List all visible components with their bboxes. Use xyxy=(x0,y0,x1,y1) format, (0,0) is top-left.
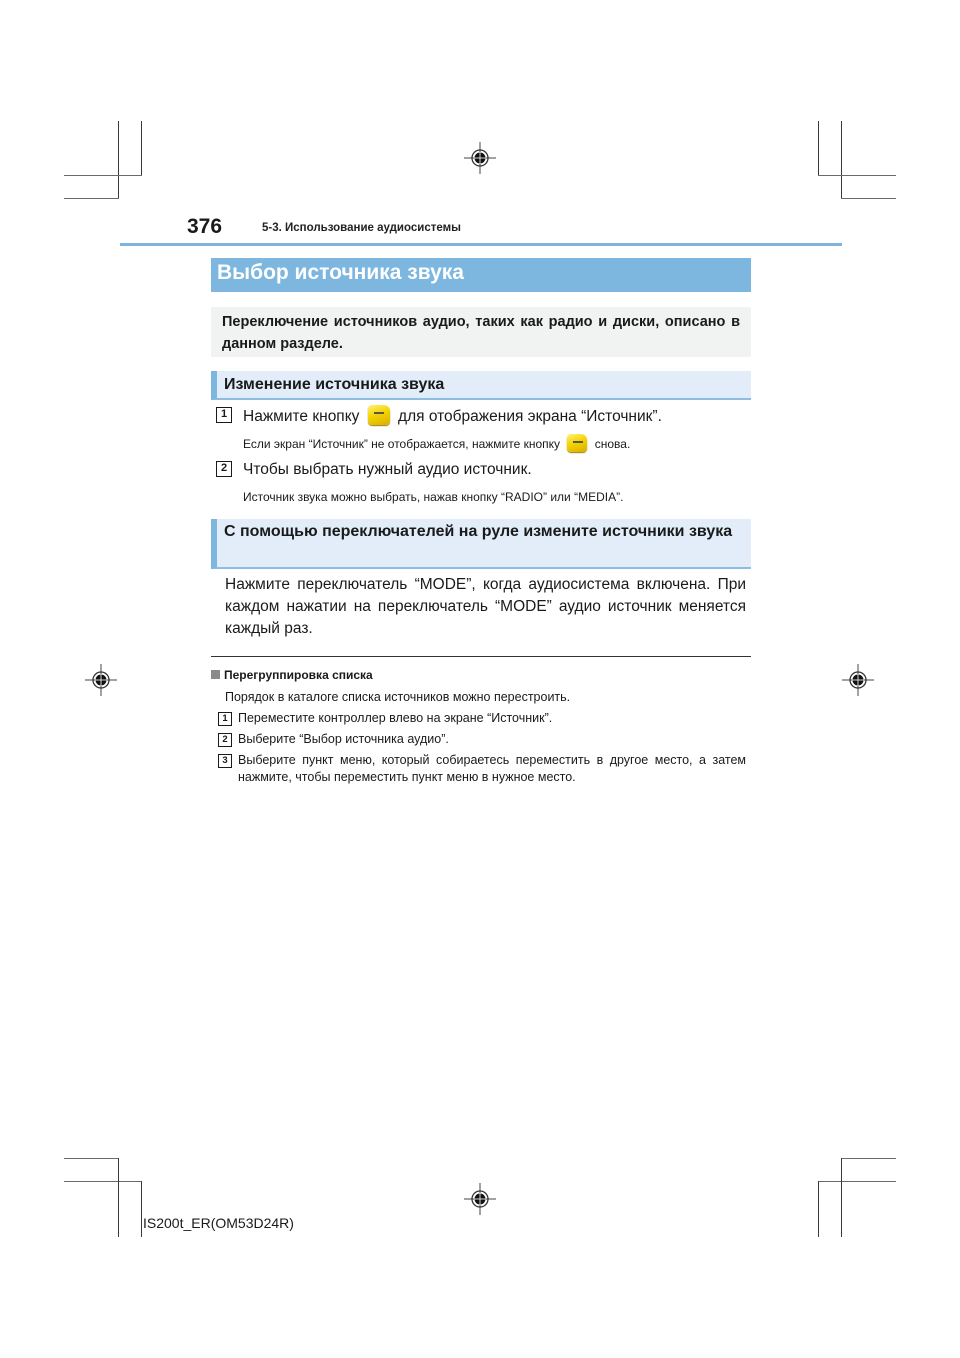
square-bullet-icon xyxy=(211,670,220,679)
crop-mark xyxy=(64,175,142,176)
step-note: Источник звука можно выбрать, нажав кноп… xyxy=(243,490,623,504)
crop-mark xyxy=(118,1158,119,1237)
crop-mark xyxy=(841,198,896,199)
registration-mark-icon xyxy=(463,141,497,175)
crop-mark xyxy=(818,1181,819,1237)
mode-switch-paragraph: Нажмите переключатель “MODE”, когда ауди… xyxy=(225,574,746,640)
registration-mark-icon xyxy=(84,663,118,697)
crop-mark xyxy=(818,175,896,176)
chapter-title: 5-3. Использование аудиосистемы xyxy=(262,222,461,234)
section-heading-steering-switches: С помощью переключателей на руле изменит… xyxy=(211,519,751,569)
step-text: Чтобы выбрать нужный аудио источник. xyxy=(243,461,532,479)
crop-mark xyxy=(118,121,119,199)
crop-mark xyxy=(64,1181,142,1182)
crop-mark xyxy=(841,121,842,199)
crop-mark xyxy=(141,1181,142,1237)
page-number: 376 xyxy=(187,215,222,239)
crop-mark xyxy=(64,1158,119,1159)
crop-mark xyxy=(818,121,819,175)
audio-button-icon xyxy=(368,405,390,425)
intro-box: Переключение источников аудио, таких как… xyxy=(211,307,751,357)
list-number: 3 xyxy=(218,754,232,768)
crop-mark xyxy=(64,198,119,199)
list-item: Переместите контроллер влево на экране “… xyxy=(238,710,552,727)
list-number: 1 xyxy=(218,712,232,726)
step-note: Если экран “Источник” не отображается, н… xyxy=(243,436,630,454)
list-item: Выберите пункт меню, который собираетесь… xyxy=(238,752,746,786)
crop-mark xyxy=(841,1158,842,1237)
step-text: Нажмите кнопку для отображения экрана “И… xyxy=(243,407,662,427)
audio-button-icon xyxy=(567,434,587,452)
model-code: IS200t_ER(OM53D24R) xyxy=(143,1215,294,1231)
divider xyxy=(211,656,751,657)
step-number: 1 xyxy=(216,407,232,423)
list-number: 2 xyxy=(218,733,232,747)
section-heading-change-source: Изменение источника звука xyxy=(211,371,751,400)
subheading-regroup: Перегруппировка списка xyxy=(211,668,373,682)
list-item: Выберите “Выбор источника аудио”. xyxy=(238,731,449,748)
header-divider xyxy=(120,243,842,246)
step-number: 2 xyxy=(216,461,232,477)
regroup-description: Порядок в каталоге списка источников мож… xyxy=(225,690,570,704)
crop-mark xyxy=(818,1181,896,1182)
intro-text: Переключение источников аудио, таких как… xyxy=(222,314,740,352)
registration-mark-icon xyxy=(463,1182,497,1216)
crop-mark xyxy=(141,121,142,175)
registration-mark-icon xyxy=(841,663,875,697)
page-title: Выбор источника звука xyxy=(211,258,751,292)
crop-mark xyxy=(841,1158,896,1159)
